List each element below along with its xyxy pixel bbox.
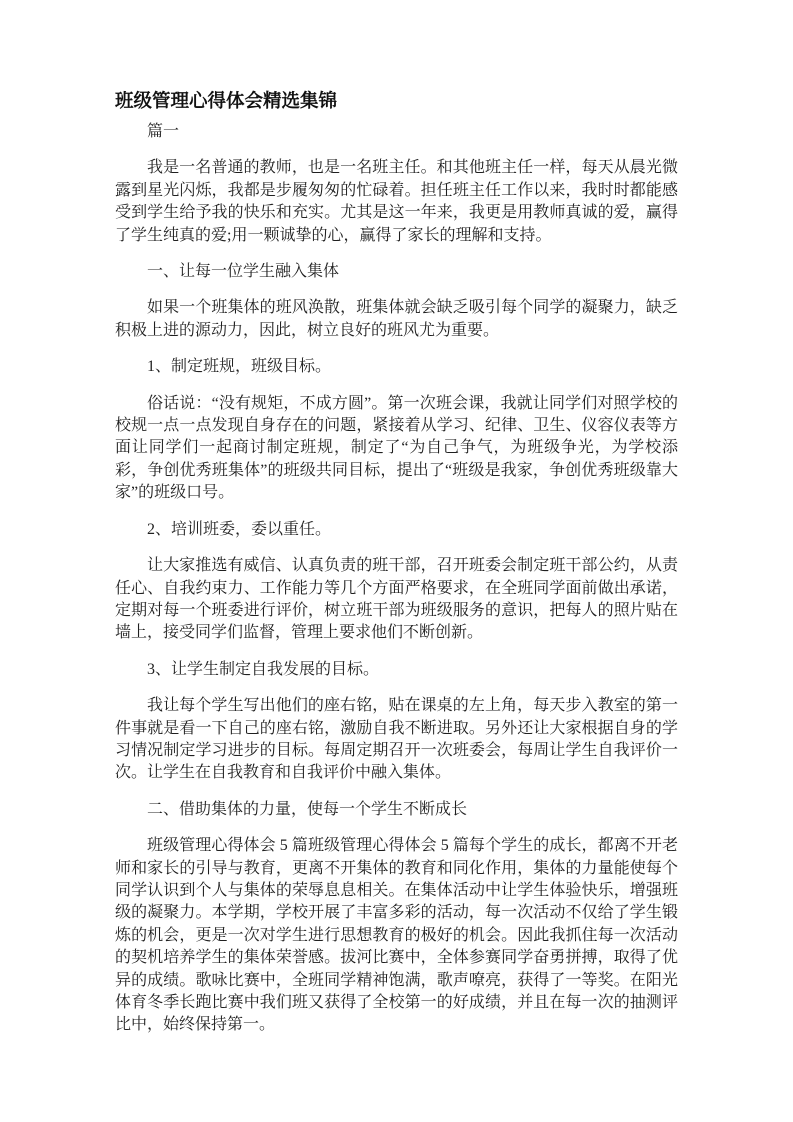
part-label: 篇一 [115,121,678,143]
paragraph: 让大家推选有威信、认真负责的班干部，召开班委会制定班干部公约，从责任心、自我约束… [115,555,678,645]
section-heading-2: 二、借助集体的力量，使每一个学生不断成长 [115,799,678,821]
paragraph: 如果一个班集体的班风涣散，班集体就会缺乏吸引每个同学的凝聚力，缺乏积极上进的源动… [115,297,678,342]
paragraph: 俗话说：“没有规矩，不成方圆”。第一次班会课，我就让同学们对照学校的校规一点一点… [115,393,678,505]
subitem-heading-2: 2、培训班委，委以重任。 [115,519,678,541]
document-page: 班级管理心得体会精选集锦 篇一 我是一名普通的教师，也是一名班主任。和其他班主任… [0,0,793,1122]
subitem-heading-3: 3、让学生制定自我发展的目标。 [115,659,678,681]
paragraph: 我是一名普通的教师，也是一名班主任。和其他班主任一样，每天从晨光微露到星光闪烁，… [115,157,678,247]
subitem-heading-1: 1、制定班规，班级目标。 [115,356,678,378]
paragraph: 班级管理心得体会 5 篇班级管理心得体会 5 篇每个学生的成长，都离不开老师和家… [115,835,678,1037]
paragraph: 我让每个学生写出他们的座右铭，贴在课桌的左上角，每天步入教室的第一件事就是看一下… [115,695,678,785]
section-heading-1: 一、让每一位学生融入集体 [115,261,678,283]
document-title: 班级管理心得体会精选集锦 [115,91,678,114]
